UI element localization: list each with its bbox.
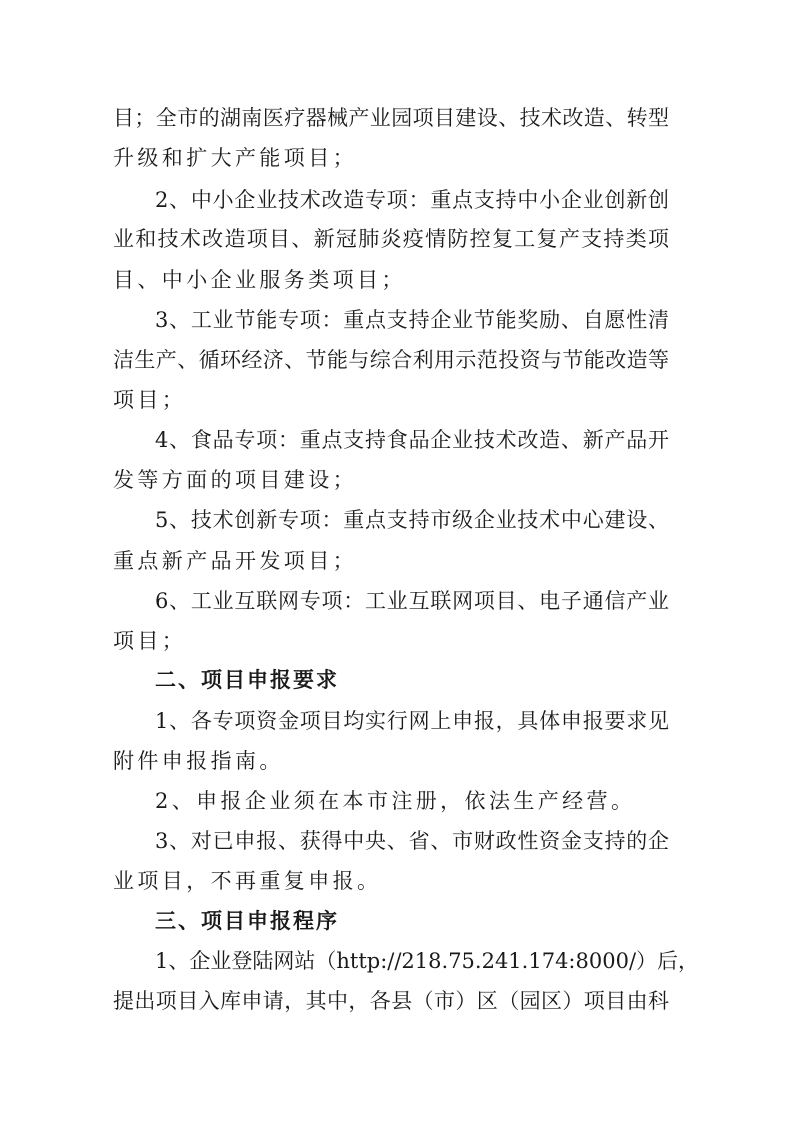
document-page: 目；全市的湖南医疗器械产业园项目建设、技术改造、转型升级和扩大产能项目；2、中小…	[0, 0, 793, 1121]
text-line: 4、食品专项：重点支持食品企业技术改造、新产品开	[155, 426, 669, 454]
text-line: 5、技术创新专项：重点支持市级企业技术中心建设、	[155, 506, 669, 534]
text-line: 3、工业节能专项：重点支持企业节能奖励、自愿性清	[155, 306, 669, 334]
text-line: 6、工业互联网专项：工业互联网项目、电子通信产业	[155, 587, 669, 615]
section-heading: 三、项目申报程序	[155, 907, 715, 935]
text-line: 1、各专项资金项目均实行网上申报，具体申报要求见	[155, 707, 669, 735]
text-line: 升级和扩大产能项目；	[113, 144, 673, 172]
text-line: 3、对已申报、获得中央、省、市财政性资金支持的企	[155, 827, 669, 855]
text-line: 重点新产品开发项目；	[113, 547, 673, 575]
text-line: 项目；	[113, 386, 673, 414]
text-line: 发等方面的项目建设；	[113, 466, 673, 494]
text-line: 洁生产、循环经济、节能与综合利用示范投资与节能改造等	[113, 346, 669, 374]
text-line: 目；全市的湖南医疗器械产业园项目建设、技术改造、转型	[113, 104, 669, 132]
text-line: 2、申报企业须在本市注册，依法生产经营。	[155, 787, 715, 815]
text-line: 2、中小企业技术改造专项：重点支持中小企业创新创	[155, 186, 669, 214]
text-line: 附件申报指南。	[113, 747, 673, 775]
text-line: 提出项目入库申请，其中，各县（市）区（园区）项目由科	[113, 987, 669, 1015]
text-line: 1、企业登陆网站（http://218.75.241.174:8000/）后，	[155, 947, 669, 975]
text-line: 业项目，不再重复申报。	[113, 867, 673, 895]
section-heading: 二、项目申报要求	[155, 666, 715, 694]
text-line: 目、中小企业服务类项目；	[113, 266, 673, 294]
text-line: 项目；	[113, 627, 673, 655]
text-line: 业和技术改造项目、新冠肺炎疫情防控复工复产支持类项	[113, 225, 669, 253]
